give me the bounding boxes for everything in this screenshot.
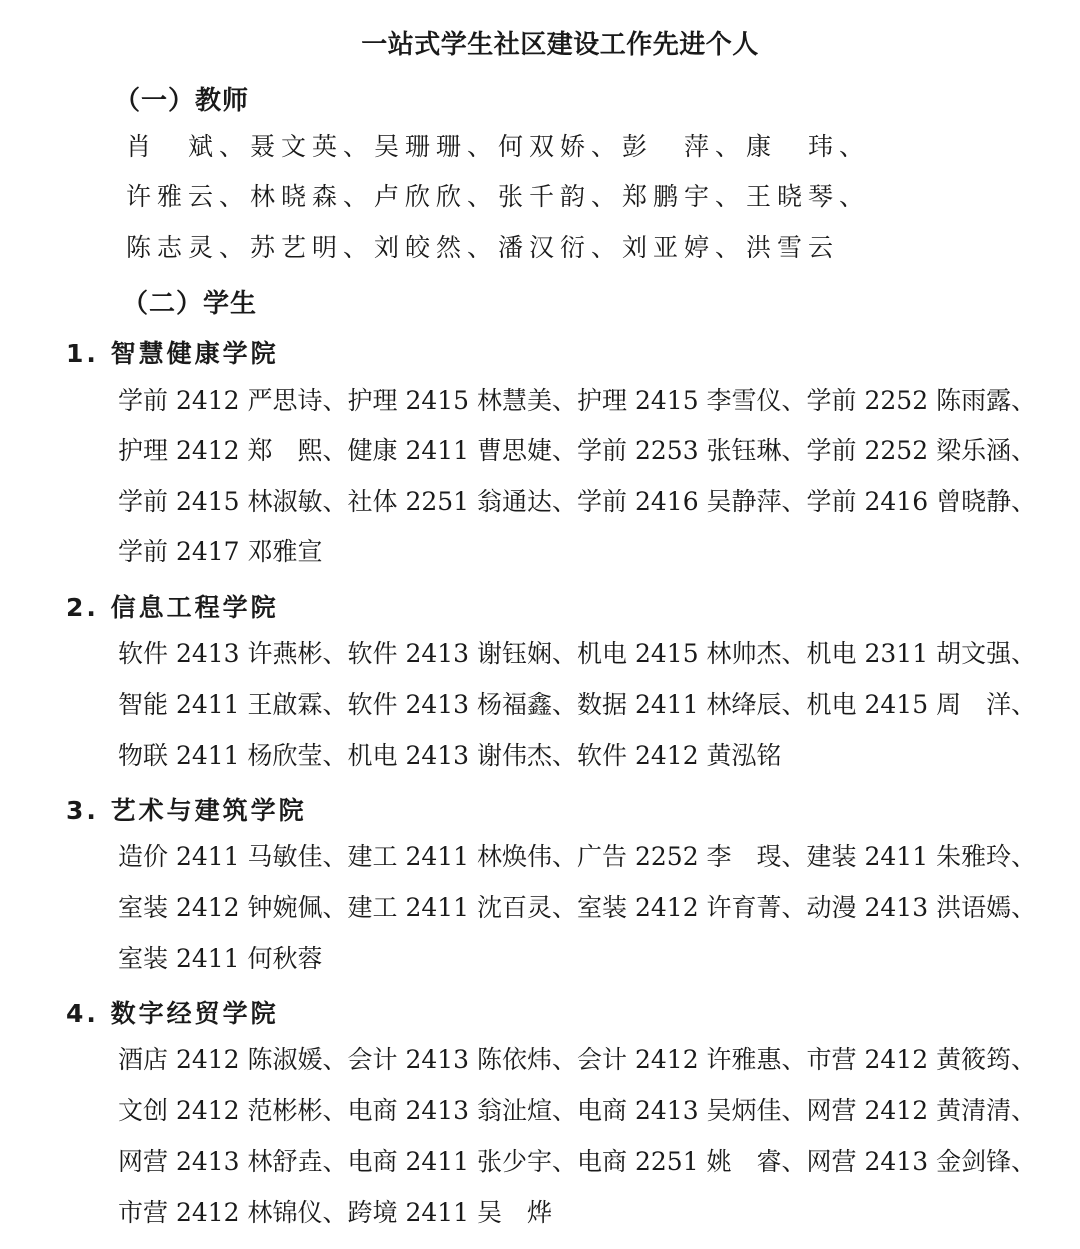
college-heading: 2. 信息工程学院	[66, 588, 279, 624]
section-heading-teachers: （一）教师	[114, 80, 249, 117]
student-names-line: 学前 2412 严思诗、护理 2415 林慧美、护理 2415 李雪仪、学前 2…	[118, 386, 1036, 416]
student-names-line: 物联 2411 杨欣莹、机电 2413 谢伟杰、软件 2412 黄泓铭	[118, 741, 782, 771]
college-heading: 3. 艺术与建筑学院	[66, 791, 307, 827]
student-names-line: 智能 2411 王啟霖、软件 2413 杨福鑫、数据 2411 林绛辰、机电 2…	[118, 690, 1036, 720]
student-names-line: 文创 2412 范彬彬、电商 2413 翁沚煊、电商 2413 吴炳佳、网营 2…	[118, 1096, 1036, 1126]
college-heading: 1. 智慧健康学院	[66, 334, 279, 370]
section-heading-students: （二）学生	[122, 283, 257, 320]
student-names-line: 软件 2413 许燕彬、软件 2413 谢钰娴、机电 2415 林帅杰、机电 2…	[118, 639, 1036, 669]
student-names-line: 酒店 2412 陈淑媛、会计 2413 陈依炜、会计 2412 许雅惠、市营 2…	[118, 1045, 1036, 1075]
student-names-line: 室装 2412 钟婉佩、建工 2411 沈百灵、室装 2412 许育菁、动漫 2…	[118, 893, 1036, 923]
student-names-line: 学前 2415 林淑敏、社体 2251 翁通达、学前 2416 吴静萍、学前 2…	[118, 487, 1036, 517]
student-names-line: 造价 2411 马敏佳、建工 2411 林焕伟、广告 2252 李 琝、建装 2…	[118, 842, 1036, 872]
document-title: 一站式学生社区建设工作先进个人	[0, 24, 1080, 61]
teacher-names-line: 肖 斌、聂文英、吴珊珊、何双娇、彭 萍、康 玮、	[126, 132, 870, 162]
student-names-line: 市营 2412 林锦仪、跨境 2411 吴 烨	[118, 1198, 552, 1228]
student-names-line: 护理 2412 郑 熙、健康 2411 曹思婕、学前 2253 张钰琳、学前 2…	[118, 436, 1036, 466]
teacher-names-line: 许雅云、林晓森、卢欣欣、张千韵、郑鹏宇、王晓琴、	[126, 182, 870, 212]
student-names-line: 室装 2411 何秋蓉	[118, 944, 323, 974]
teacher-names-line: 陈志灵、苏艺明、刘皎然、潘汉衍、刘亚婷、洪雪云	[126, 233, 839, 263]
college-heading: 4. 数字经贸学院	[66, 994, 279, 1030]
student-names-line: 网营 2413 林舒垚、电商 2411 张少宇、电商 2251 姚 睿、网营 2…	[118, 1147, 1036, 1177]
student-names-line: 学前 2417 邓雅宣	[118, 537, 323, 567]
